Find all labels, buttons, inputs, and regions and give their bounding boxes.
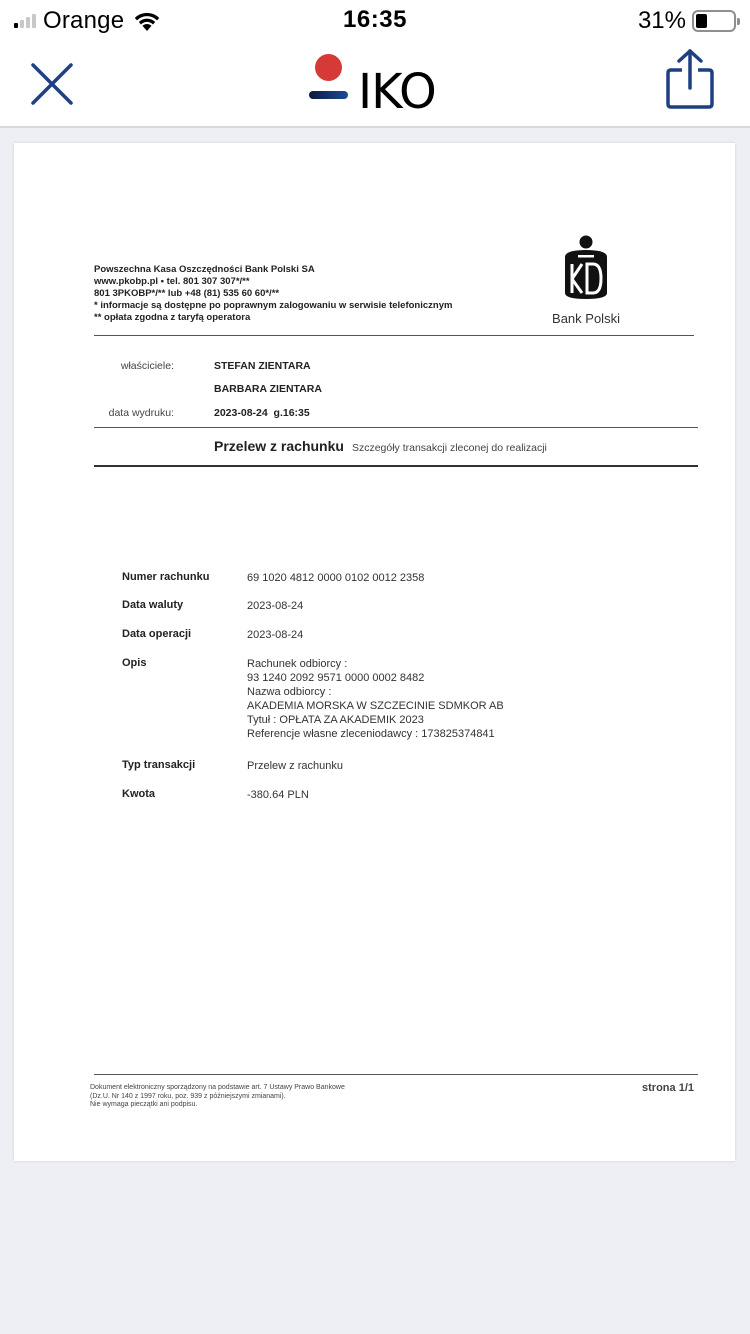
detail-value: Rachunek odbiorcy : 93 1240 2092 9571 00…: [247, 657, 504, 741]
operation-date-value: 2023-08-24: [247, 628, 303, 642]
section-subtitle: Szczegóły transakcji zleconej do realiza…: [352, 442, 547, 454]
pdf-document: Powszechna Kasa Oszczędności Bank Polski…: [14, 143, 735, 1161]
info-footnote: * informacje są dostępne po poprawnym za…: [94, 300, 452, 312]
navigation-bar: IKO: [0, 42, 750, 128]
detail-label: Numer rachunku: [122, 571, 209, 583]
status-right: 31%: [638, 6, 736, 36]
print-date-value: 2023-08-24 g.16:35: [214, 407, 310, 419]
legal-note-line: Dokument elektroniczny sporządzony na po…: [90, 1084, 345, 1093]
status-bar: Orange 16:35 31%: [0, 0, 750, 42]
divider: [94, 335, 694, 336]
document-page[interactable]: Powszechna Kasa Oszczędności Bank Polski…: [14, 143, 735, 1161]
fee-footnote: ** opłata zgodna z taryfą operatora: [94, 312, 452, 324]
detail-value: Przelew z rachunku: [247, 759, 343, 773]
pko-bank-polski-logo: Bank Polski: [546, 235, 626, 330]
recipient-name-value: AKADEMIA MORSKA W SZCZECINIE SDMKOR AB: [247, 699, 504, 713]
legal-note-line: (Dz.U. Nr 140 z 1997 roku, poz. 939 z pó…: [90, 1093, 345, 1102]
battery-icon: [692, 10, 736, 32]
transaction-type-value: Przelew z rachunku: [247, 759, 343, 773]
account-number-value: 69 1020 4812 0000 0102 0012 2358: [247, 571, 424, 585]
amount-value: -380.64 PLN: [247, 788, 309, 802]
page-number: strona 1/1: [642, 1082, 694, 1094]
transaction-type-title: Przelew z rachunku: [214, 438, 344, 454]
iko-logo: IKO: [306, 52, 446, 118]
footer-divider: [94, 1074, 698, 1075]
close-button[interactable]: [28, 60, 76, 108]
bank-alt-phone: 801 3PKOBP*/** lub +48 (81) 535 60 60*/*…: [94, 288, 452, 300]
logo-text: IKO: [358, 68, 436, 116]
owner-1: STEFAN ZIENTARA: [214, 360, 311, 372]
sender-reference: Referencje własne zleceniodawcy : 173825…: [247, 727, 504, 741]
detail-label: Kwota: [122, 788, 155, 800]
battery-fill: [696, 14, 707, 28]
bank-contact-info: Powszechna Kasa Oszczędności Bank Polski…: [94, 264, 452, 324]
detail-value: 69 1020 4812 0000 0102 0012 2358: [247, 571, 424, 585]
close-icon: [28, 60, 76, 108]
divider: [94, 465, 698, 467]
share-button[interactable]: [664, 48, 716, 110]
owner-2: BARBARA ZIENTARA: [214, 383, 322, 395]
bank-website-phone: www.pkobp.pl • tel. 801 307 307*/**: [94, 276, 452, 288]
print-date-label: data wydruku:: [14, 407, 174, 419]
logo-bar: [309, 91, 348, 99]
transfer-title: Tytuł : OPŁATA ZA AKADEMIK 2023: [247, 713, 504, 727]
detail-value: 2023-08-24: [247, 599, 303, 613]
divider: [94, 427, 698, 428]
legal-note-line: Nie wymaga pieczątki ani podpisu.: [90, 1101, 345, 1110]
battery-percent: 31%: [638, 7, 686, 35]
pko-piggybank-icon: [562, 235, 610, 301]
detail-label: Opis: [122, 657, 146, 669]
detail-value: -380.64 PLN: [247, 788, 309, 802]
bank-name-text: Bank Polski: [546, 311, 626, 326]
recipient-account-label: Rachunek odbiorcy :: [247, 657, 504, 671]
detail-label: Data operacji: [122, 628, 191, 640]
detail-label: Typ transakcji: [122, 759, 195, 771]
logo-red-dot: [315, 54, 342, 81]
recipient-account-value: 93 1240 2092 9571 0000 0002 8482: [247, 671, 504, 685]
share-icon: [664, 48, 716, 110]
recipient-name-label: Nazwa odbiorcy :: [247, 685, 504, 699]
legal-footer-note: Dokument elektroniczny sporządzony na po…: [90, 1084, 345, 1110]
bank-full-name: Powszechna Kasa Oszczędności Bank Polski…: [94, 264, 452, 276]
value-date-value: 2023-08-24: [247, 599, 303, 613]
detail-label: Data waluty: [122, 599, 183, 611]
owners-label: właściciele:: [14, 360, 174, 372]
section-title: Przelew z rachunkuSzczegóły transakcji z…: [214, 438, 547, 454]
detail-value: 2023-08-24: [247, 628, 303, 642]
